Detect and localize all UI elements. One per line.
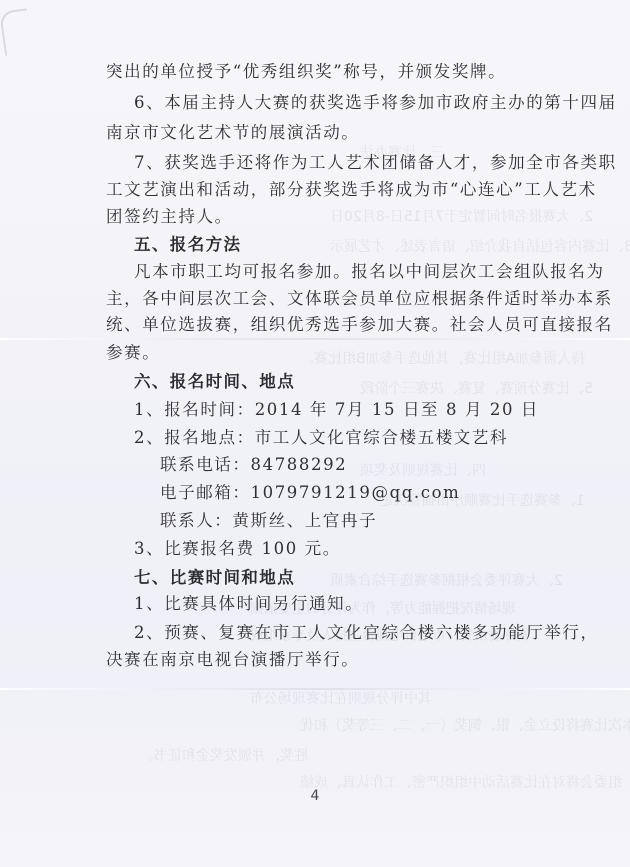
paragraph-line: 南京市文化艺术节的展演活动。 xyxy=(106,123,578,143)
section-heading-registration-time-place: 六、报名时间、地点 xyxy=(134,372,606,392)
paragraph-line: 参赛。 xyxy=(106,343,578,363)
contact-email: 电子邮箱：1079791219@qq.com xyxy=(160,483,630,503)
bleed-through-text: 其中评分规则在比赛现场公布 xyxy=(250,688,432,708)
scanned-page: 三、比赛办法 2、大赛报名时间暂定于7月15日-8月20日 3、比赛内容包括自我… xyxy=(0,0,630,867)
paragraph-line: 统、单位选拔赛，组织优秀选手参加大赛。社会人员可直接报名 xyxy=(106,315,578,335)
contact-phone: 联系电话：84788292 xyxy=(160,455,630,475)
page-corner-curl xyxy=(0,8,33,55)
paragraph-line: 1、比赛具体时间另行通知。 xyxy=(134,594,606,614)
section-heading-competition-time-place: 七、比赛时间和地点 xyxy=(134,568,606,588)
registration-time: 1、报名时间：2014 年 7月 15 日至 8 月 20 日 xyxy=(134,400,606,420)
paragraph-line: 工文艺演出和活动，部分获奖选手将成为市“心连心”工人艺术 xyxy=(106,180,578,200)
section-heading-registration-method: 五、报名方法 xyxy=(134,235,606,255)
paragraph-line: 决赛在南京电视台演播厅举行。 xyxy=(106,650,578,670)
paragraph-line: 2、预赛、复赛在市工人文化官综合楼六楼多功能厅举行， xyxy=(134,623,606,643)
paragraph-line: 主，各中间层次工会、文体联会员单位应根据条件适时举办本系 xyxy=(106,289,578,309)
paragraph-line: 团签约主持人。 xyxy=(106,207,578,227)
paragraph-line: 凡本市职工均可报名参加。报名以中间层次工会组队报名为 xyxy=(134,262,606,282)
contact-persons: 联系人：黄斯丝、上官冉子 xyxy=(160,511,630,531)
page-number: 4 xyxy=(0,788,630,804)
paragraph-line: 6、本届主持人大赛的获奖选手将参加市政府主办的第十四届 xyxy=(134,93,606,113)
paragraph-line: 突出的单位授予“优秀组织奖”称号，并颁发奖牌。 xyxy=(106,62,578,82)
registration-fee: 3、比赛报名费 100 元。 xyxy=(134,539,606,559)
registration-place: 2、报名地点：市工人文化官综合楼五楼文艺科 xyxy=(134,428,606,448)
bleed-through-text: 4、本次比赛将设立金、银、铜奖（一、二、三等奖）和优 xyxy=(300,715,630,735)
paragraph-line: 7、获奖选手还将作为工人艺术团储备人才，参加全市各类职 xyxy=(134,153,606,173)
bleed-through-text: 胜奖，并颁发奖金和证书。 xyxy=(140,745,308,765)
paper-fold-crease xyxy=(0,338,630,340)
